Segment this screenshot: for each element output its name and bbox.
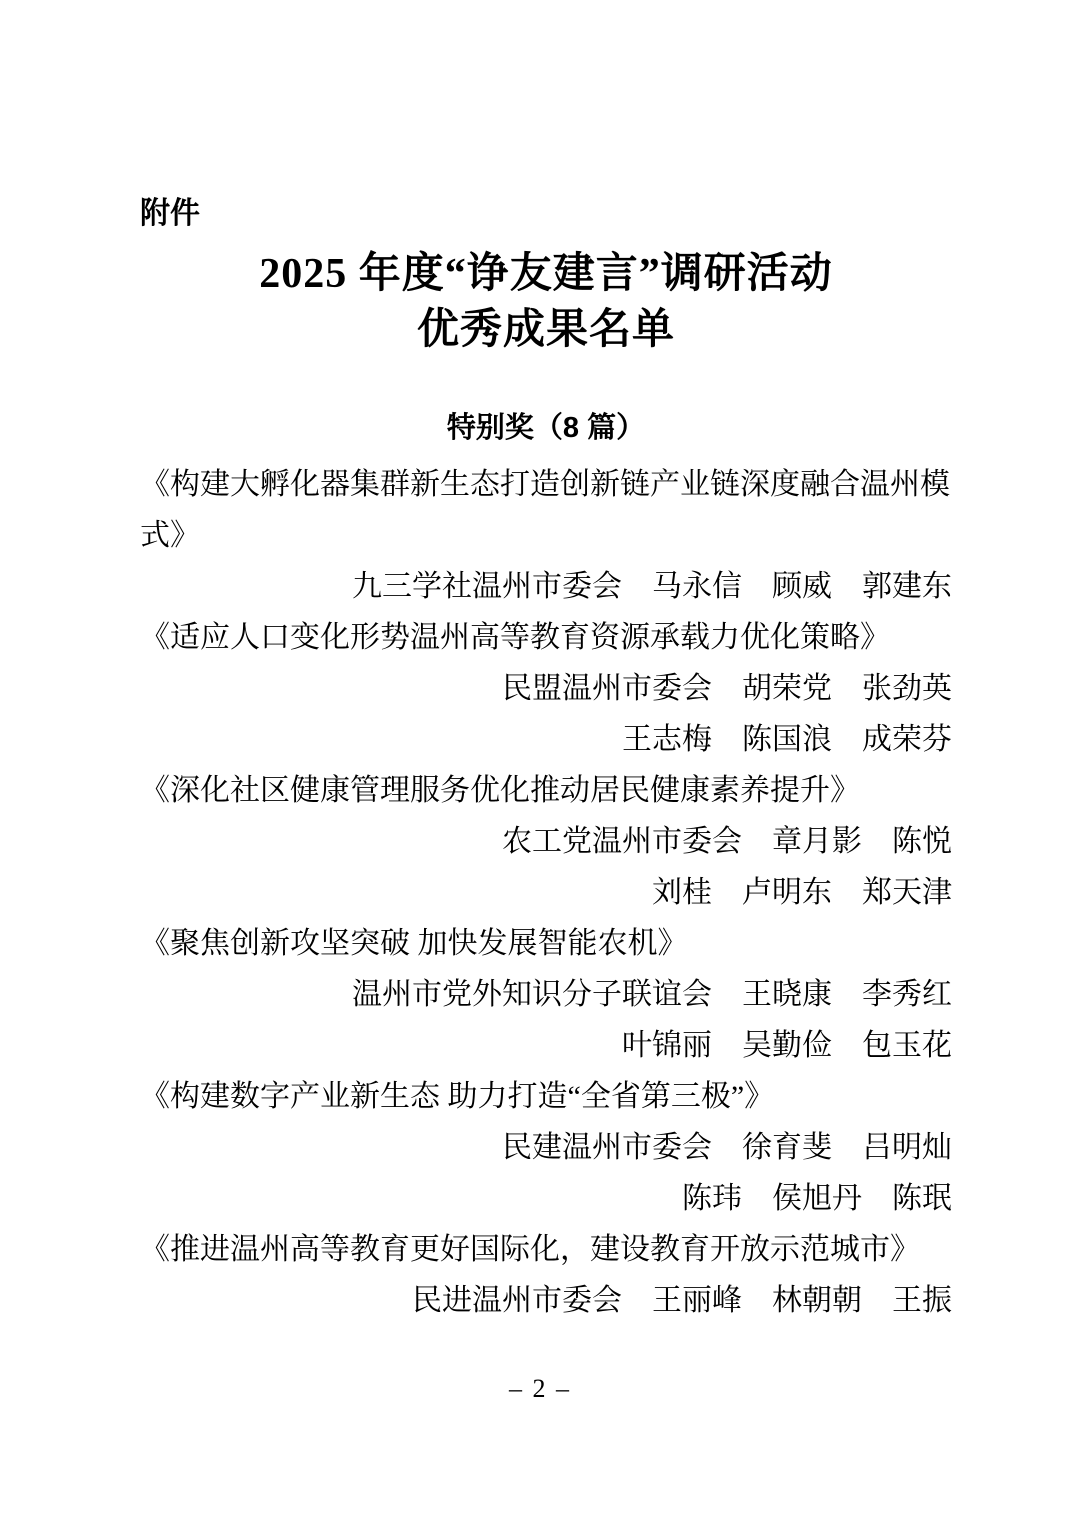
award-entry: 《适应人口变化形势温州高等教育资源承载力优化策略》 民盟温州市委会 胡荣党 张劲… xyxy=(140,612,952,765)
document-title-line-2: 优秀成果名单 xyxy=(140,302,952,358)
entry-author-line: 民进温州市委会 王丽峰 林朝朝 王振 xyxy=(140,1275,952,1326)
award-entry: 《深化社区健康管理服务优化推动居民健康素养提升》 农工党温州市委会 章月影 陈悦… xyxy=(140,765,952,918)
entry-author-line: 刘桂 卢明东 郑天津 xyxy=(140,867,952,918)
entry-title: 《适应人口变化形势温州高等教育资源承载力优化策略》 xyxy=(140,612,952,663)
page-number: – 2 – xyxy=(0,1373,1080,1405)
document-content: 附件 2025 年度“诤友建言”调研活动 优秀成果名单 特别奖（8 篇） 《构建… xyxy=(140,196,952,1326)
entry-title: 《推进温州高等教育更好国际化，建设教育开放示范城市》 xyxy=(140,1224,952,1275)
entry-author-line: 九三学社温州市委会 马永信 顾威 郭建东 xyxy=(140,561,952,612)
entry-title: 《聚焦创新攻坚突破 加快发展智能农机》 xyxy=(140,918,952,969)
document-title-line-1: 2025 年度“诤友建言”调研活动 xyxy=(140,246,952,302)
entry-author-line: 温州市党外知识分子联谊会 王晓康 李秀红 xyxy=(140,969,952,1020)
award-entry: 《聚焦创新攻坚突破 加快发展智能农机》 温州市党外知识分子联谊会 王晓康 李秀红… xyxy=(140,918,952,1071)
entry-author-line: 叶锦丽 吴勤俭 包玉花 xyxy=(140,1020,952,1071)
award-entry: 《构建大孵化器集群新生态打造创新链产业链深度融合温州模式》 九三学社温州市委会 … xyxy=(140,459,952,612)
document-title: 2025 年度“诤友建言”调研活动 优秀成果名单 xyxy=(140,246,952,358)
award-list: 《构建大孵化器集群新生态打造创新链产业链深度融合温州模式》 九三学社温州市委会 … xyxy=(140,459,952,1326)
entry-title: 《构建数字产业新生态 助力打造“全省第三极”》 xyxy=(140,1071,952,1122)
entry-author-line: 民建温州市委会 徐育斐 吕明灿 xyxy=(140,1122,952,1173)
attachment-label: 附件 xyxy=(140,196,952,232)
award-entry: 《构建数字产业新生态 助力打造“全省第三极”》 民建温州市委会 徐育斐 吕明灿 … xyxy=(140,1071,952,1224)
entry-author-line: 王志梅 陈国浪 成荣芬 xyxy=(140,714,952,765)
entry-title: 《构建大孵化器集群新生态打造创新链产业链深度融合温州模式》 xyxy=(140,459,952,561)
section-heading-special-award: 特别奖（8 篇） xyxy=(140,410,952,446)
document-page: 附件 2025 年度“诤友建言”调研活动 优秀成果名单 特别奖（8 篇） 《构建… xyxy=(0,0,1080,1527)
entry-author-line: 陈玮 侯旭丹 陈珉 xyxy=(140,1173,952,1224)
entry-author-line: 农工党温州市委会 章月影 陈悦 xyxy=(140,816,952,867)
entry-author-line: 民盟温州市委会 胡荣党 张劲英 xyxy=(140,663,952,714)
entry-title: 《深化社区健康管理服务优化推动居民健康素养提升》 xyxy=(140,765,952,816)
award-entry: 《推进温州高等教育更好国际化，建设教育开放示范城市》 民进温州市委会 王丽峰 林… xyxy=(140,1224,952,1326)
